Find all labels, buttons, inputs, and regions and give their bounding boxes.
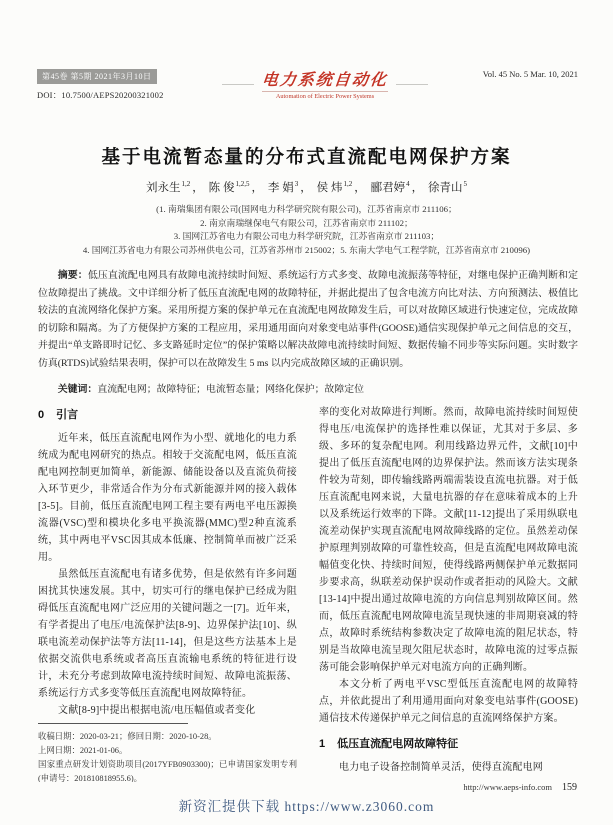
page-number: 159 [562, 782, 577, 793]
issue-badge: 第45卷 第5期 2021年3月10日 [37, 69, 157, 84]
affiliation-line: 3. 国网江苏省电力有限公司电力科学研究院，江苏省南京市 211103； [0, 230, 613, 244]
author-affil-sup: 1,2 [344, 180, 353, 188]
author: 徐青山5 [428, 182, 467, 194]
watermark-download-link[interactable]: 新资汇提供下载 https://www.z3060.com [0, 795, 613, 815]
author-separator: ， [354, 182, 366, 194]
section-0-heading: 0引言 [38, 406, 297, 422]
body-paragraph: 近年来，低压直流配电网作为小型、就地化的电力系统成为配电网研究的热点。相较于交流… [38, 430, 297, 566]
section-number: 1 [319, 738, 325, 750]
body-paragraph: 率的变化对故障进行判断。然而，故障电流持续时间短使得电压/电流保护的选择性难以保… [319, 404, 578, 676]
author-affil-sup: 3 [295, 180, 299, 188]
section-title: 低压直流配电网故障特征 [337, 738, 458, 750]
paper-title: 基于电流暂态量的分布式直流配电网保护方案 [0, 143, 613, 169]
keywords-line: 关键词：直流配电网；故障特征；电流暂态量；网络化保护；故障定位 [38, 381, 578, 398]
footnote-divider [38, 723, 188, 724]
header-left: 第45卷 第5期 2021年3月10日 DOI：10.7500/AEPS2020… [37, 66, 222, 101]
body-paragraph: 电力电子设备控制简单灵活，使得直流配电网 [319, 759, 578, 776]
section-title: 引言 [56, 409, 78, 421]
author-separator: ， [252, 182, 264, 194]
abstract-paragraph: 摘要：低压直流配电网具有故障电流持续时间短、系统运行方式多变、故障电流振荡等特征… [38, 267, 578, 373]
author-separator: ， [192, 182, 204, 194]
author-affil-sup: 5 [464, 180, 468, 188]
footnote-funding: 国家重点研发计划资助项目(2017YFB0903300)；已申请国家发明专利(申… [38, 758, 297, 782]
author-separator: ， [412, 182, 424, 194]
affiliation-line: 2. 南京南瑞继保电气有限公司，江苏省南京市 211102； [0, 217, 613, 231]
journal-title-en: Automation of Electric Power Systems [262, 91, 388, 100]
affiliation-line: (1. 南瑞集团有限公司(国网电力科学研究院有限公司)，江苏省南京市 21110… [0, 203, 613, 217]
keywords-text: 直流配电网；故障特征；电流暂态量；网络化保护；故障定位 [97, 384, 364, 395]
author: 陈 俊1,2,5 [209, 182, 250, 194]
footnote-online-date: 上网日期：2021-01-06。 [38, 744, 297, 758]
section-1-heading: 1低压直流配电网故障特征 [319, 735, 578, 751]
journal-logo: 电力系统自动化 Automation of Electric Power Sys… [254, 67, 396, 100]
doi-text: DOI：10.7500/AEPS20200321002 [37, 89, 222, 101]
author: 李 娟3 [268, 182, 298, 194]
affiliation-block: (1. 南瑞集团有限公司(国网电力科学研究院有限公司)，江苏省南京市 21110… [0, 203, 613, 257]
header-center: 电力系统自动化 Automation of Electric Power Sys… [222, 66, 428, 101]
author: 侯 炜1,2 [317, 182, 353, 194]
header-rule-right [396, 84, 428, 85]
page-footer: http://www.aeps-info.com 159 [463, 782, 577, 793]
keywords-label: 关键词： [58, 384, 98, 395]
paper-page: 第45卷 第5期 2021年3月10日 DOI：10.7500/AEPS2020… [0, 0, 613, 825]
author-affil-sup: 1,2,5 [236, 180, 250, 188]
author-line: 刘永生1,2， 陈 俊1,2,5， 李 娟3， 侯 炜1,2， 郦君婷4， 徐青… [0, 179, 613, 195]
abstract-text: 低压直流配电网具有故障电流持续时间短、系统运行方式多变、故障电流振荡等特征，对继… [38, 270, 578, 369]
author-separator: ， [300, 182, 312, 194]
author: 刘永生1,2 [146, 182, 190, 194]
footnote-received-dates: 收稿日期：2020-03-21；修回日期：2020-10-28。 [38, 730, 297, 744]
volume-info: Vol. 45 No. 5 Mar. 10, 2021 [428, 66, 578, 101]
journal-title-cn: 电力系统自动化 [261, 67, 389, 90]
journal-url-link[interactable]: http://www.aeps-info.com [463, 782, 552, 792]
header-rule-left [222, 84, 254, 85]
author-affil-sup: 1,2 [182, 180, 191, 188]
body-paragraph: 虽然低压直流配电有诸多优势，但是依然有许多问题困扰其快速发展。其中，切实可行的继… [38, 566, 297, 702]
affiliation-line: 4. 国网江苏省电力有限公司苏州供电公司，江苏省苏州市 215002；5. 东南… [0, 244, 613, 258]
abstract-label: 摘要： [58, 270, 88, 281]
journal-header: 第45卷 第5期 2021年3月10日 DOI：10.7500/AEPS2020… [37, 66, 578, 101]
left-column: 0引言 近年来，低压直流配电网作为小型、就地化的电力系统成为配电网研究的热点。相… [38, 404, 297, 782]
body-paragraph: 文献[8-9]中提出根据电流/电压幅值或者变化 [38, 702, 297, 719]
author-affil-sup: 4 [406, 180, 410, 188]
footnote-block: 收稿日期：2020-03-21；修回日期：2020-10-28。 上网日期：20… [38, 719, 297, 782]
author: 郦君婷4 [371, 182, 410, 194]
right-column: 率的变化对故障进行判断。然而，故障电流持续时间短使得电压/电流保护的选择性难以保… [319, 404, 578, 782]
body-paragraph: 本文分析了两电平VSC型低压直流配电网的故障特点，并依此提出了利用通用面向对象变… [319, 676, 578, 727]
article-body: 0引言 近年来，低压直流配电网作为小型、就地化的电力系统成为配电网研究的热点。相… [38, 404, 578, 782]
section-number: 0 [38, 409, 44, 421]
